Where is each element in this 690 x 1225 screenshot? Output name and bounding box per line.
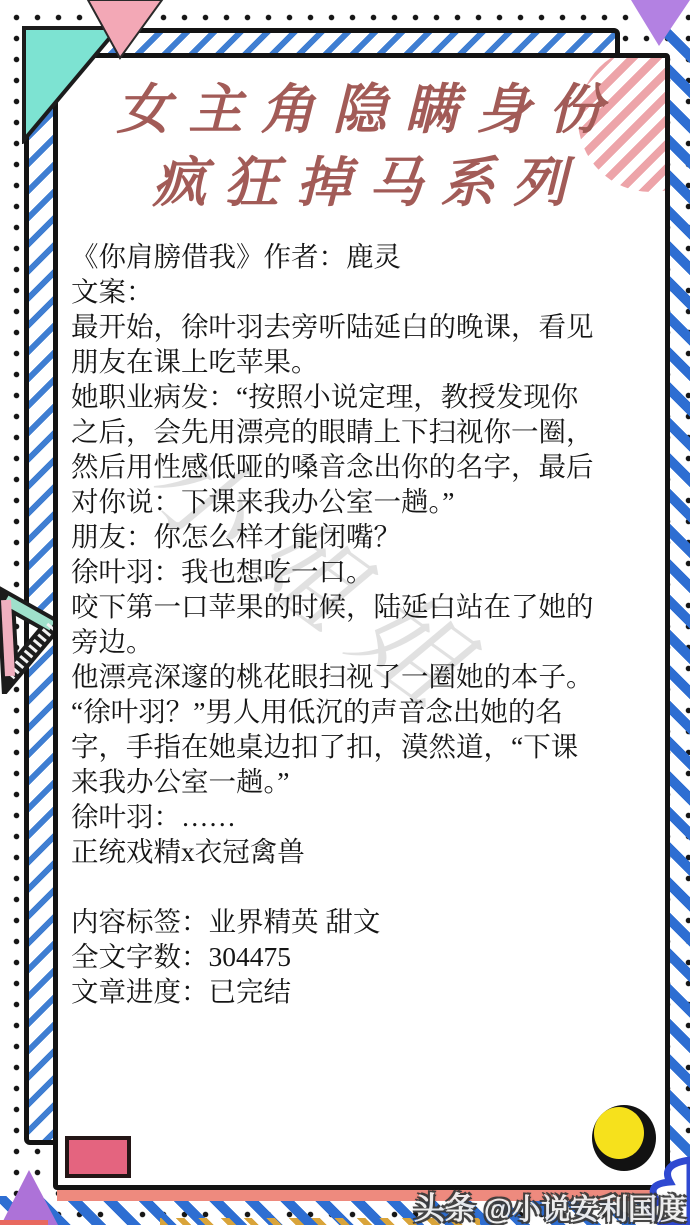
book-text-line: 她职业病发：“按照小说定理，教授发现你: [71, 379, 663, 414]
book-text-line: 朋友在课上吃苹果。: [71, 344, 663, 379]
book-text-line: “徐叶羽？”男人用低沉的声音念出她的名: [71, 694, 663, 729]
book-text-line: 旁边。: [71, 624, 663, 659]
book-text-line: 徐叶羽：……: [71, 799, 663, 834]
pink-triangle-icon: [84, 0, 166, 60]
book-text-line: 对你说：下课来我办公室一趟。”: [71, 484, 663, 519]
content-card: 女主角隐瞒身份 疯狂掉马系列 小姐姐 《你肩膀借我》作者：鹿灵文案：最开始，徐叶…: [53, 53, 670, 1190]
red-strip: [0, 1220, 48, 1225]
book-text: 《你肩膀借我》作者：鹿灵文案：最开始，徐叶羽去旁听陆延白的晚课，看见朋友在课上吃…: [71, 239, 663, 1009]
book-text-line: 之后，会先用漂亮的眼睛上下扫视你一圈，: [71, 414, 663, 449]
title-line-1: 女主角隐瞒身份: [58, 74, 665, 147]
book-text-line: 字，手指在她桌边扣了扣，漠然道，“下课: [71, 729, 663, 764]
book-text-line: 文案：: [71, 274, 663, 309]
platform-label: 头条: [414, 1191, 476, 1225]
book-text-line: 《你肩膀借我》作者：鹿灵: [71, 239, 663, 274]
footer-watermark: 头条@小说安利国度: [414, 1183, 686, 1225]
pink-rectangle: [65, 1136, 131, 1178]
book-text-line: 来我办公室一趟。”: [71, 764, 663, 799]
book-text-line: 最开始，徐叶羽去旁听陆延白的晚课，看见: [71, 309, 663, 344]
book-text-line: 咬下第一口苹果的时候，陆延白站在了她的: [71, 589, 663, 624]
purple-triangle-top-right-icon: [631, 0, 690, 47]
book-text-line: 文章进度：已完结: [71, 974, 663, 1009]
book-text-line: 正统戏精x衣冠禽兽: [71, 834, 663, 869]
book-text-line: 他漂亮深邃的桃花眼扫视了一圈她的本子。: [71, 659, 663, 694]
book-text-line: 徐叶羽：我也想吃一口。: [71, 554, 663, 589]
book-text-line: [71, 869, 663, 904]
book-text-line: 内容标签：业界精英 甜文: [71, 904, 663, 939]
handle-label: @小说安利国度: [484, 1194, 686, 1225]
poster-stage: 女主角隐瞒身份 疯狂掉马系列 小姐姐 《你肩膀借我》作者：鹿灵文案：最开始，徐叶…: [0, 0, 690, 1225]
circle-fill: [594, 1107, 644, 1159]
yellow-circle: [592, 1105, 656, 1171]
book-text-line: 朋友：你怎么样才能闭嘴？: [71, 519, 663, 554]
book-text-line: 然后用性感低哑的嗓音念出你的名字，最后: [71, 449, 663, 484]
book-text-line: 全文字数：304475: [71, 939, 663, 974]
poster-title: 女主角隐瞒身份 疯狂掉马系列: [58, 74, 665, 220]
purple-triangle-bottom-left-icon: [0, 1170, 60, 1225]
title-line-2: 疯狂掉马系列: [58, 147, 665, 220]
penrose-triangle-icon: [0, 572, 60, 694]
